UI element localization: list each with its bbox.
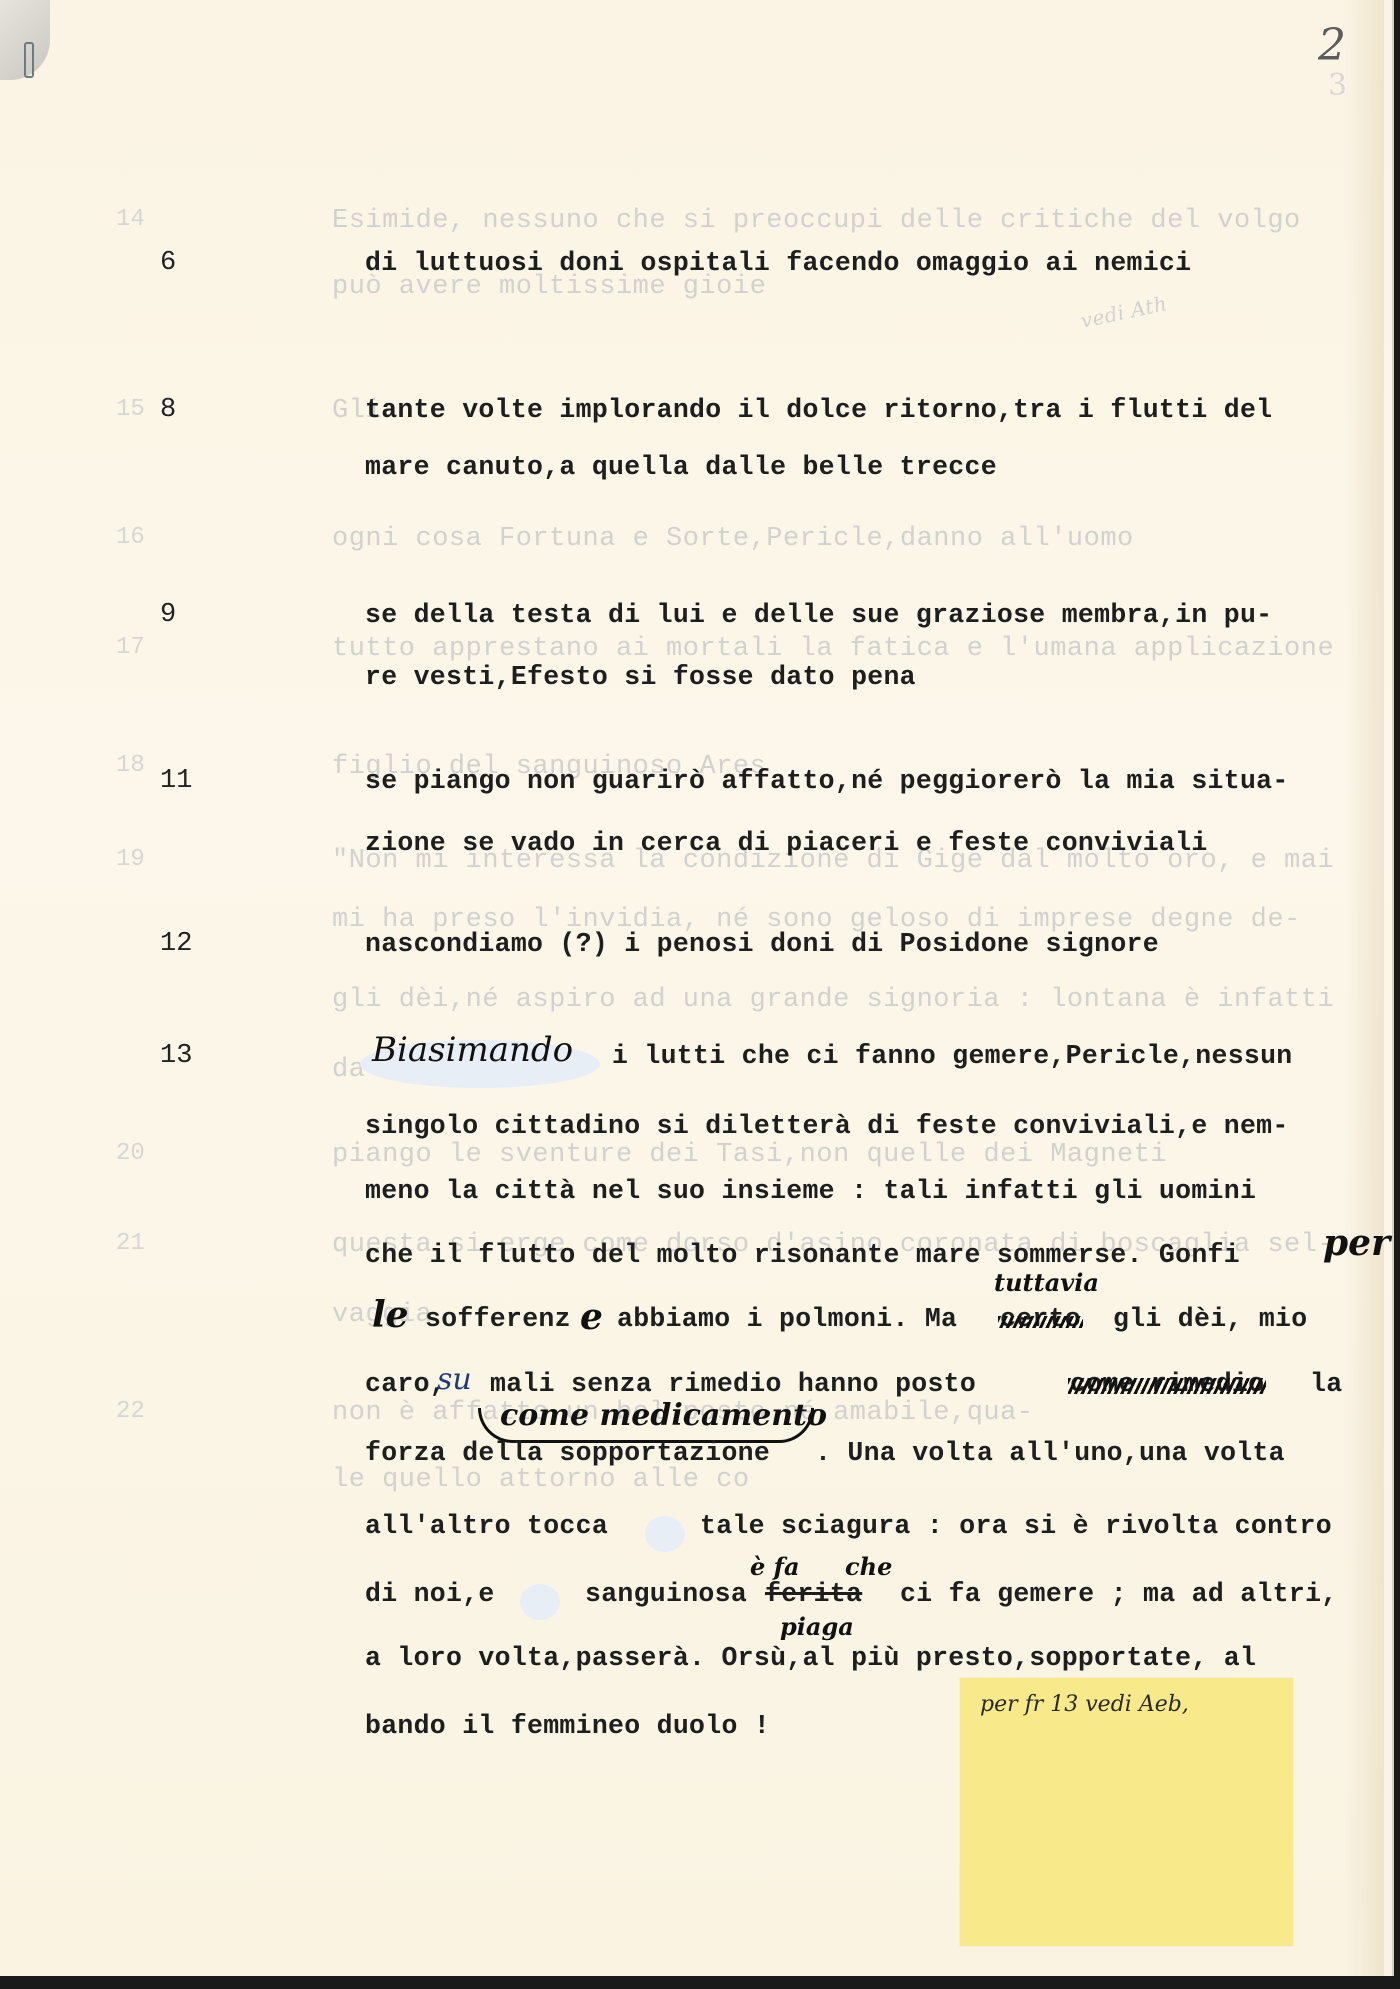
clip-wire-icon [24, 42, 34, 78]
ghost-number: 16 [116, 524, 145, 551]
fragment-number: 6 [160, 248, 176, 278]
ghost-line: gli dèi,né aspiro ad una grande signoria… [332, 985, 1334, 1015]
handwritten-insertion: Biasimando [372, 1030, 573, 1070]
struck-word: come rimedio [1070, 1369, 1264, 1399]
page-edge-shadow [1344, 0, 1384, 1976]
fragment-line: zione se vado in cerca di piaceri e fest… [365, 828, 1208, 858]
fragment-line: singolo cittadino si diletterà di feste … [365, 1111, 1289, 1141]
handwritten-piaga: piaga [780, 1612, 854, 1641]
ghost-number: 15 [116, 396, 145, 423]
fragment-line: . Una volta all'uno,una volta [815, 1438, 1285, 1468]
ghost-number: 18 [116, 752, 145, 779]
handwritten-che: che [845, 1552, 892, 1581]
page-number-ghost: 3 [1328, 68, 1347, 103]
ghost-line: Esimide, nessuno che si preoccupi delle … [332, 206, 1301, 236]
fragment-line: re vesti,Efesto si fosse dato pena [365, 662, 916, 692]
handwritten-e-correction: e [580, 1296, 603, 1338]
ghost-line: le quello attorno alle co [332, 1465, 750, 1495]
fragment-line: a loro volta,passerà. Orsù,al più presto… [365, 1643, 1256, 1673]
fragment-line: all'altro tocca [365, 1511, 608, 1541]
fragment-line: sanguinosa [585, 1579, 747, 1609]
handwritten-e-fa: è fa [750, 1552, 800, 1581]
fragment-line: meno la città nel suo insieme : tali inf… [365, 1176, 1256, 1206]
ghost-number: 17 [116, 634, 145, 661]
fragment-line: forza della sopportazione [365, 1438, 770, 1468]
handwritten-tuttavia: tuttavia [994, 1268, 1099, 1297]
scan-background [0, 1976, 1400, 1989]
ghost-number: 21 [116, 1230, 145, 1257]
ghost-number: 19 [116, 846, 145, 873]
fragment-line: tale sciagura : ora si è rivolta contro [700, 1511, 1332, 1541]
fragment-line: che il flutto del molto risonante mare s… [365, 1240, 1240, 1270]
fragment-line: mali senza rimedio hanno posto [490, 1369, 976, 1399]
sticky-note: per fr 13 vedi Aeb, [960, 1678, 1293, 1946]
handwritten-su: su [437, 1362, 472, 1397]
sticky-note-text: per fr 13 vedi Aeb, [980, 1692, 1189, 1717]
fragment-line: sofferenz [425, 1304, 571, 1334]
ghost-number: 14 [116, 206, 145, 233]
fragment-number: 8 [160, 395, 176, 425]
handwritten-le: le [372, 1294, 409, 1336]
page-number: 2 [1318, 20, 1346, 71]
ghost-line: tutto apprestano ai mortali la fatica e … [332, 634, 1334, 664]
fragment-line: tante volte implorando il dolce ritorno,… [365, 395, 1272, 425]
correction-fluid [645, 1516, 685, 1552]
fragment-line: la [1310, 1369, 1342, 1399]
ghost-number: 22 [116, 1398, 145, 1425]
fragment-number: 11 [160, 766, 192, 796]
binder-clip [0, 0, 50, 80]
fragment-line: ci fa gemere ; ma ad altri, [900, 1579, 1337, 1609]
fragment-line: se piango non guarirò affatto,né peggior… [365, 766, 1289, 796]
fragment-line: di luttuosi doni ospitali facendo omaggi… [365, 248, 1191, 278]
ghost-line: ogni cosa Fortuna e Sorte,Pericle,danno … [332, 524, 1134, 554]
fragment-number: 13 [160, 1041, 192, 1071]
ghost-number: 20 [116, 1140, 145, 1167]
fragment-line: bando il femmineo duolo ! [365, 1711, 770, 1741]
fragment-line: mare canuto,a quella dalle belle trecce [365, 452, 997, 482]
correction-fluid [520, 1584, 560, 1620]
ghost-margin-note: vedi Ath [1078, 291, 1169, 333]
fragment-line: nascondiamo (?) i penosi doni di Posidon… [365, 929, 1159, 959]
handwritten-per: per [1323, 1222, 1390, 1264]
fragment-line: se della testa di lui e delle sue grazio… [365, 600, 1272, 630]
fragment-line: i lutti che ci fanno gemere,Pericle,ness… [612, 1041, 1293, 1071]
struck-word: ferita [765, 1579, 862, 1609]
struck-word: certo [1000, 1304, 1081, 1334]
fragment-number: 9 [160, 600, 176, 630]
document-page: 2 3 14 Esimide, nessuno che si preoccupi… [0, 0, 1394, 1976]
ghost-line: piango le sventure dei Tasi,non quelle d… [332, 1140, 1167, 1170]
fragment-number: 12 [160, 929, 192, 959]
fragment-line: gli dèi, mio [1113, 1304, 1307, 1334]
fragment-line: caro, [365, 1369, 446, 1399]
fragment-line: abbiamo i polmoni. Ma [617, 1304, 957, 1334]
fragment-line: di noi,e [365, 1579, 495, 1609]
